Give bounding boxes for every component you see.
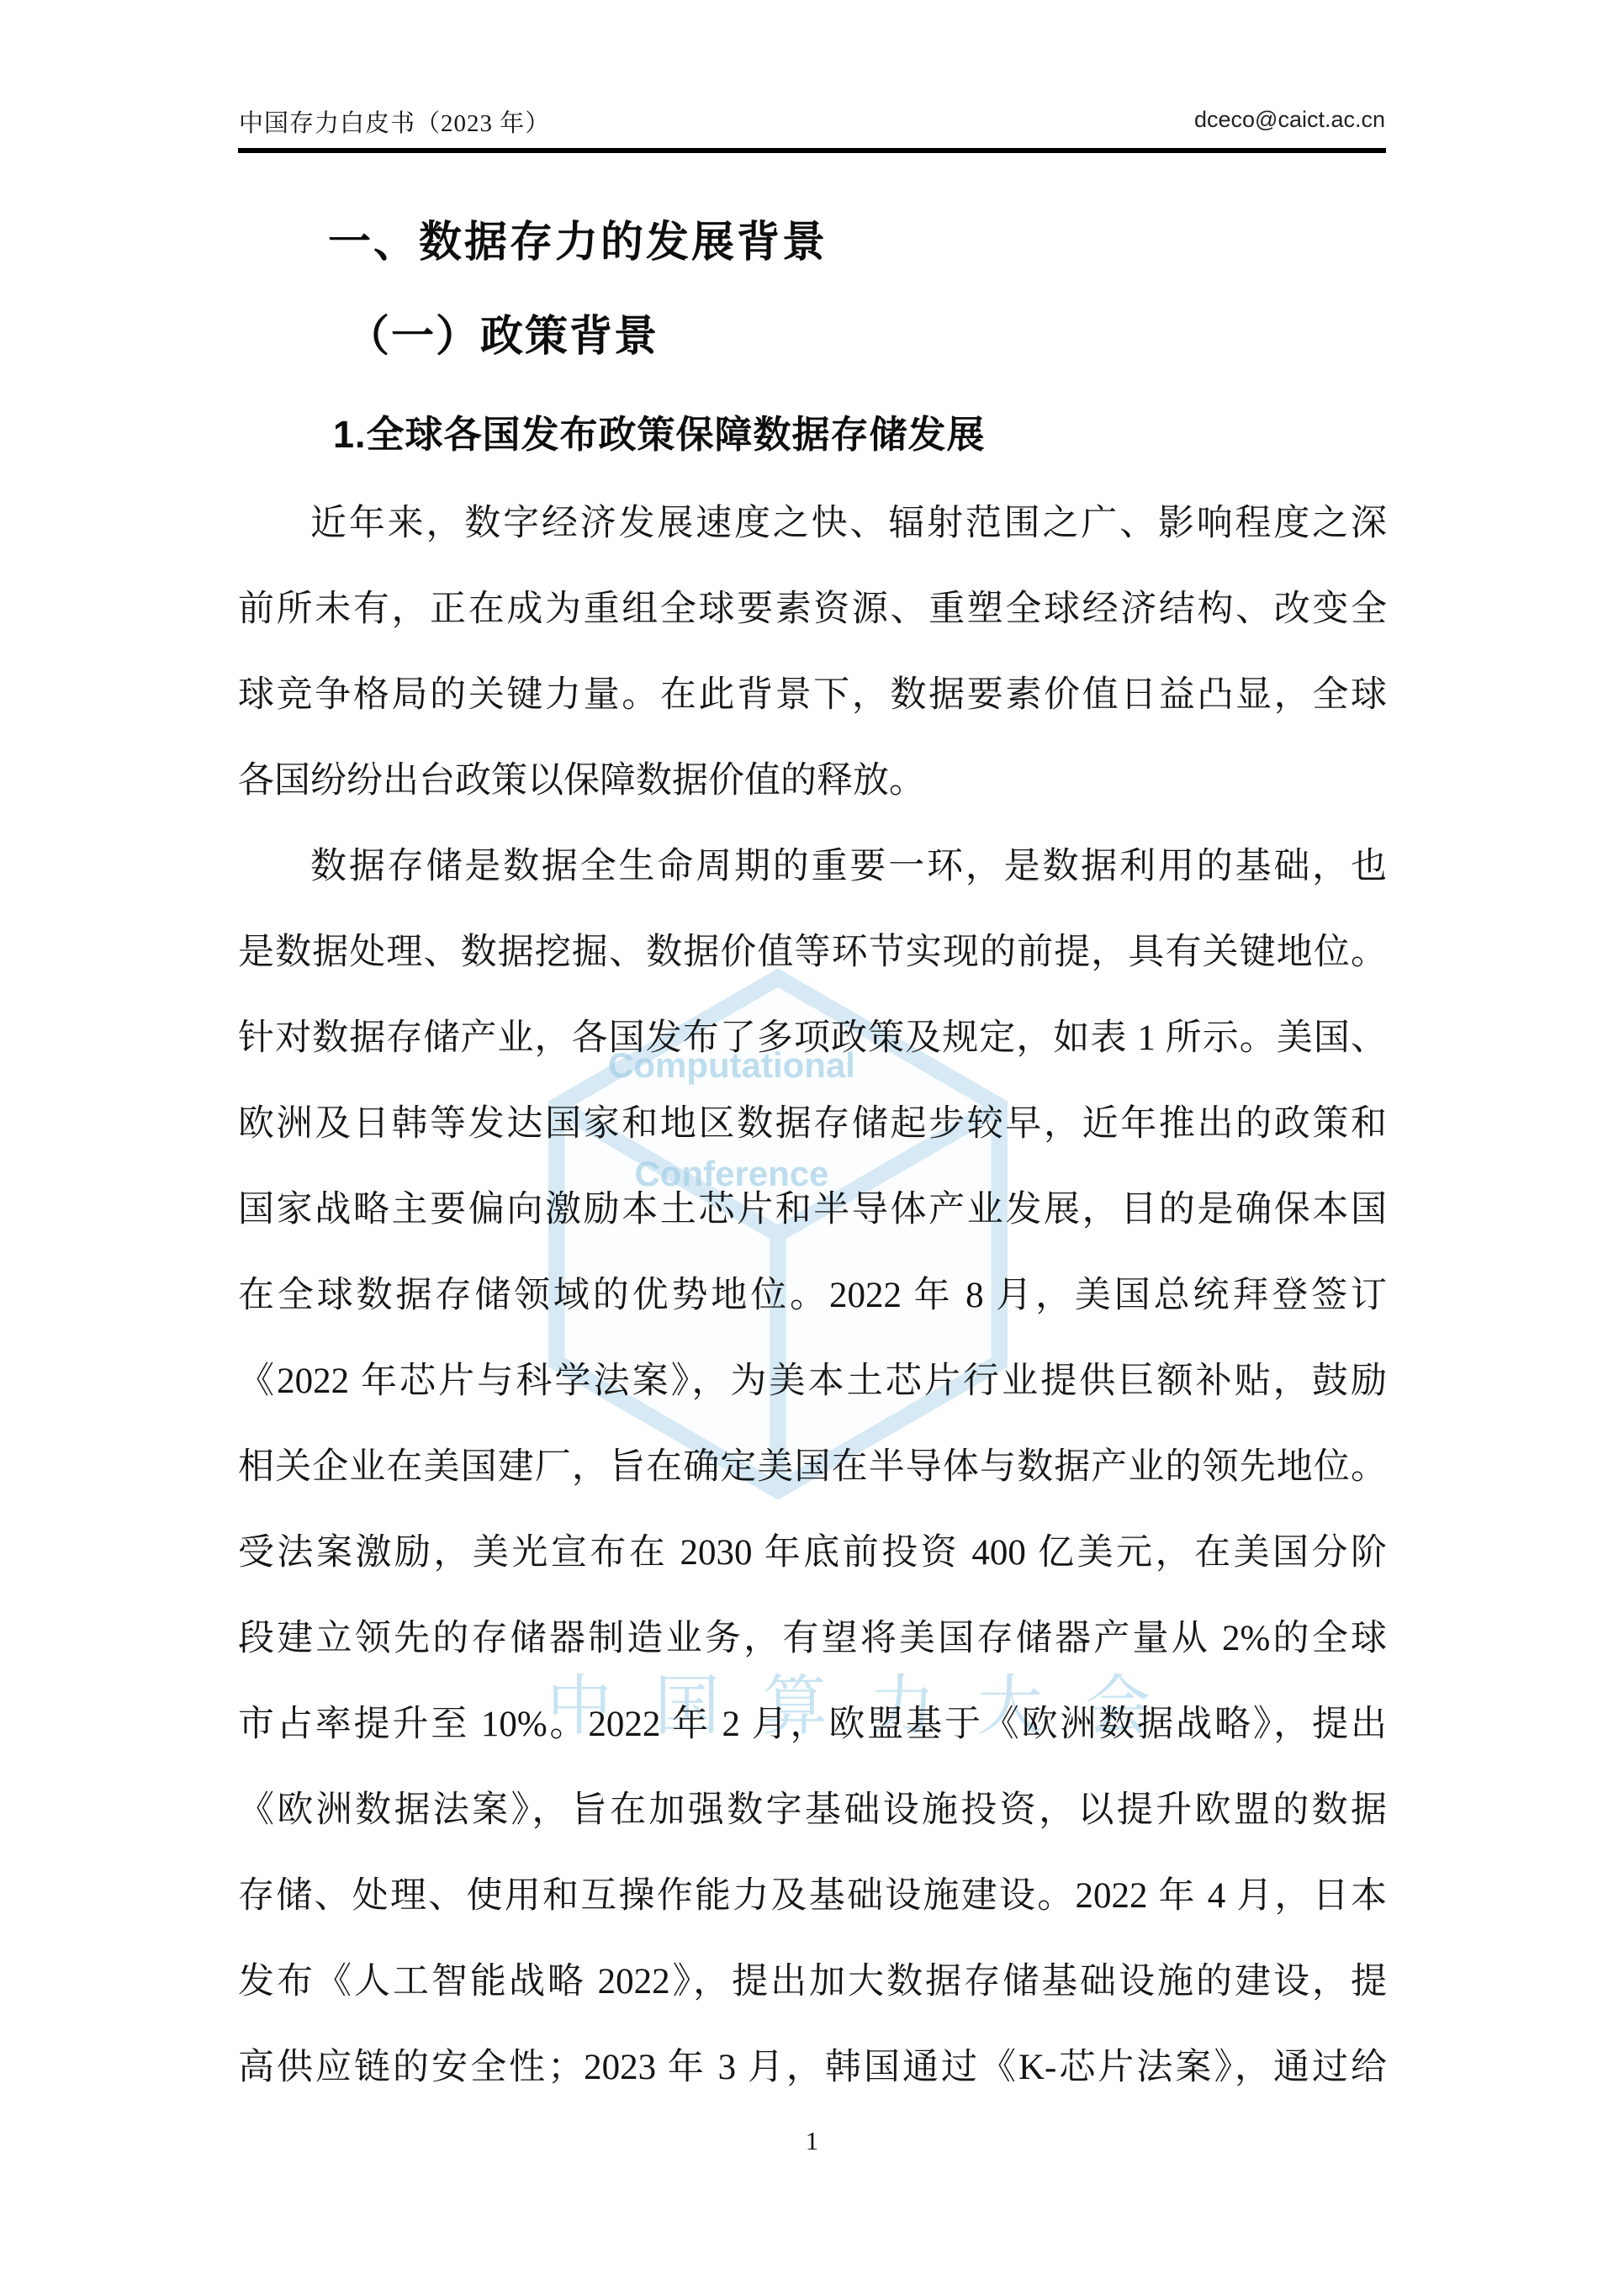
text-line: 存储、处理、使用和互操作能力及基础设施建设。2022 年 4 月，日本	[238, 1853, 1387, 1939]
section-heading-level1: 一、数据存力的发展背景	[328, 207, 828, 269]
text-line: 相关企业在美国建厂，旨在确定美国在半导体与数据产业的领先地位。	[238, 1425, 1387, 1510]
text-line: 数据存储是数据全生命周期的重要一环，是数据利用的基础，也	[238, 824, 1387, 910]
section-heading-level3: 1.全球各国发布政策保障数据存储发展	[333, 404, 986, 458]
text-line: 市占率提升至 10%。2022 年 2 月，欧盟基于《欧洲数据战略》，提出	[238, 1682, 1387, 1768]
document-page: Computational Conference 中国算力大会 中国存力白皮书（…	[0, 0, 1624, 2295]
text-line: 针对数据存储产业，各国发布了多项政策及规定，如表 1 所示。美国、	[238, 996, 1387, 1081]
text-line: 发布《人工智能战略 2022》，提出加大数据存储基础设施的建设，提	[238, 1939, 1387, 2025]
header-document-title: 中国存力白皮书（2023 年）	[239, 104, 550, 139]
text-line: 前所未有，正在成为重组全球要素资源、重塑全球经济结构、改变全	[238, 567, 1387, 653]
page-number: 1	[0, 2126, 1624, 2156]
text-line: 在全球数据存储领域的优势地位。2022 年 8 月，美国总统拜登签订	[238, 1253, 1387, 1339]
text-line: 是数据处理、数据挖掘、数据价值等环节实现的前提，具有关键地位。	[238, 910, 1387, 996]
section-heading-level2: （一）政策背景	[346, 301, 659, 363]
text-line: 《欧洲数据法案》，旨在加强数字基础设施投资，以提升欧盟的数据	[238, 1768, 1387, 1853]
text-line: 受法案激励，美光宣布在 2030 年底前投资 400 亿美元，在美国分阶	[238, 1510, 1387, 1596]
text-line: 球竞争格局的关键力量。在此背景下，数据要素价值日益凸显，全球	[238, 653, 1387, 738]
paragraph-2: 数据存储是数据全生命周期的重要一环，是数据利用的基础，也是数据处理、数据挖掘、数…	[238, 824, 1387, 2111]
text-line: 高供应链的安全性；2023 年 3 月，韩国通过《K-芯片法案》，通过给	[238, 2025, 1387, 2111]
text-line: 国家战略主要偏向激励本土芯片和半导体产业发展，目的是确保本国	[238, 1167, 1387, 1253]
header-contact-email: dceco@caict.ac.cn	[1194, 107, 1385, 133]
text-line: 各国纷纷出台政策以保障数据价值的释放。	[238, 738, 1387, 824]
body-text: 近年来，数字经济发展速度之快、辐射范围之广、影响程度之深前所未有，正在成为重组全…	[238, 481, 1387, 2111]
paragraph-1: 近年来，数字经济发展速度之快、辐射范围之广、影响程度之深前所未有，正在成为重组全…	[238, 481, 1387, 824]
text-line: 段建立领先的存储器制造业务，有望将美国存储器产量从 2%的全球	[238, 1596, 1387, 1682]
text-line: 欧洲及日韩等发达国家和地区数据存储起步较早，近年推出的政策和	[238, 1081, 1387, 1167]
header-divider	[238, 148, 1386, 153]
text-line: 《2022 年芯片与科学法案》，为美本土芯片行业提供巨额补贴，鼓励	[238, 1339, 1387, 1425]
text-line: 近年来，数字经济发展速度之快、辐射范围之广、影响程度之深	[238, 481, 1387, 567]
